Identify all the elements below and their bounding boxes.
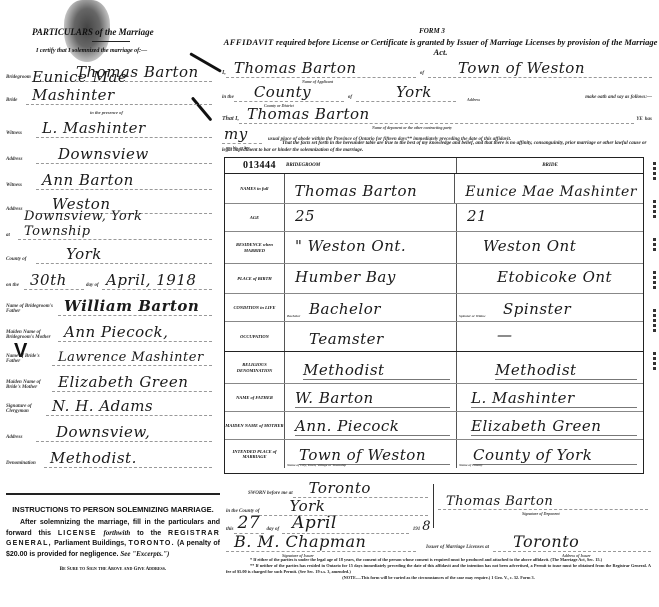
county-name-value: York: [356, 84, 456, 102]
sworn-section: SWORN before me at Toronto in the County…: [222, 478, 659, 558]
month-year-value: April, 1918: [102, 268, 212, 290]
sign-note: Be Sure to Sign the Above and Give Addre…: [6, 566, 220, 572]
deponent-signature: Thomas Barton: [438, 492, 648, 510]
bride-age: 21: [467, 207, 487, 225]
field-date: on the 30th day of April, 1918: [6, 268, 212, 290]
field-denomination: Denomination Methodist.: [6, 446, 212, 468]
table-row: AGE 25 21: [225, 204, 643, 232]
field-clergyman: Signature of Clergyman N. H. Adams: [6, 394, 212, 416]
groom-mother: Ann. Piecock: [295, 417, 450, 436]
table-row: RESIDENCE when MARRIED " Weston Ont. Wes…: [225, 232, 643, 264]
county-type-value: County: [234, 84, 344, 102]
field-groom-mother: Maiden Name of Bridegroom's Mother Ann P…: [6, 320, 212, 342]
county-value: York: [36, 242, 212, 264]
groom-occupation: Teamster: [309, 330, 384, 348]
instructions-body: After solemnizing the marriage, fill in …: [6, 518, 220, 560]
table-row: RELIGIOUS DENOMINATION Methodist Methodi…: [225, 352, 643, 384]
table-row: INTENDED PLACE of MARRIAGE Name of City,…: [225, 440, 643, 468]
bride-value: Eunice Mae Mashinter: [26, 83, 212, 105]
groom-birthplace: Humber Bay: [295, 268, 396, 286]
place-value: Downsview, York Township: [18, 218, 212, 240]
table-row: OCCUPATION Teamster —: [225, 322, 643, 352]
deponent-name: Thomas Barton: [239, 106, 634, 124]
bride-father-value: Lawrence Mashinter: [52, 344, 212, 366]
bride-condition: Spinster: [503, 300, 571, 318]
serial-number: 013444: [243, 160, 276, 171]
day-value: 30th: [24, 268, 84, 290]
field-witness-1: Witness L. Mashinter: [6, 116, 212, 138]
bride-residence: Weston Ont: [483, 237, 576, 255]
footnotes: * If either of the parties is under the …: [226, 557, 651, 581]
title-rule: [92, 41, 130, 42]
groom-father: W. Barton: [295, 389, 450, 408]
groom-mother-value: Ann Piecock,: [58, 320, 212, 342]
groom-residence: " Weston Ont.: [295, 237, 406, 255]
col-bride: BRIDE: [457, 158, 643, 173]
deponent-line: That I, Thomas Barton YE has: [222, 106, 652, 124]
field-at-place: at Downsview, York Township: [6, 218, 212, 240]
field-address-1: Address Downsview: [6, 142, 212, 164]
divider: [6, 493, 220, 495]
table-row: CONDITION in LIFE BachelorBachelor Spins…: [225, 294, 643, 322]
bride-occupation: —: [497, 326, 513, 344]
field-clergy-address: Address Downsview,: [6, 420, 212, 442]
clergyman-value: N. H. Adams: [46, 394, 212, 416]
brace: [430, 484, 434, 528]
field-bride: Bride Eunice Mae Mashinter: [6, 83, 212, 105]
applicant-town: Town of Weston: [428, 58, 652, 78]
footnote-note: (NOTE.—This form will be varied as the c…: [226, 575, 651, 581]
particulars-table: 013444 BRIDEGROOM BRIDE NAMES in full Th…: [224, 157, 644, 474]
in-presence-text: in the presence of: [90, 110, 123, 115]
table-row: MAIDEN NAME of MOTHER Ann. Piecock Eliza…: [225, 412, 643, 440]
field-bride-father: Name of Bride's Father Lawrence Mashinte…: [6, 344, 212, 366]
form-number: FORM 3: [222, 27, 642, 35]
table-header: 013444 BRIDEGROOM BRIDE: [225, 158, 643, 174]
bride-mother: Elizabeth Green: [471, 417, 637, 436]
bride-father: L. Mashinter: [471, 389, 637, 408]
sworn-place: Toronto: [293, 482, 428, 498]
table-row: NAMES in full Thomas Barton Eunice Mae M…: [225, 174, 643, 204]
footnote-2: ** If neither of the parties has resided…: [226, 563, 651, 575]
bride-religion: Methodist: [495, 361, 637, 380]
field-bride-mother: Maiden Name of Bride's Mother Elizabeth …: [6, 370, 212, 392]
bride-mother-value: Elizabeth Green: [52, 370, 212, 392]
instructions-heading: INSTRUCTIONS TO PERSON SOLEMNIZING MARRI…: [6, 505, 220, 514]
field-witness-2: Witness Ann Barton: [6, 168, 212, 190]
witness-2-value: Ann Barton: [36, 168, 212, 190]
field-groom-father: Name of Bridegroom's Father William Bart…: [6, 294, 212, 316]
table-row: NAME of FATHER W. Barton L. Mashinter: [225, 384, 643, 412]
field-county: County of York: [6, 242, 212, 264]
groom-father-value: William Barton: [58, 294, 212, 316]
particulars-title: PARTICULARS of the Marriage: [32, 27, 202, 37]
bride-marriage-place: County of York: [473, 446, 637, 465]
clergy-address-value: Downsview,: [36, 420, 212, 442]
denomination-value: Methodist.: [44, 446, 212, 468]
affidavit-title: AFFIDAVIT required before License or Cer…: [222, 37, 659, 57]
sworn-county: York: [259, 500, 428, 516]
issuer-address: Toronto: [493, 534, 651, 552]
witness-1-value: L. Mashinter: [36, 116, 212, 138]
cropped-adjacent-text: [651, 160, 659, 480]
groom-religion: Methodist: [303, 361, 450, 380]
facts-paragraph: That the facts set forth in the hereunde…: [222, 140, 652, 154]
applicant-line: I, Thomas Barton of Town of Weston: [222, 58, 652, 78]
address-1-value: Downsview: [36, 142, 212, 164]
groom-names: Thomas Barton: [295, 182, 418, 200]
bride-names: Eunice Mae Mashinter: [465, 184, 637, 200]
applicant-name: Thomas Barton: [226, 58, 416, 78]
county-line: in the County of York make oath and say …: [222, 84, 652, 102]
issuer-signature: B. M. Chapman: [226, 534, 416, 552]
col-bridegroom: BRIDEGROOM: [286, 163, 320, 168]
particulars-panel: PARTICULARS of the Marriage I certify th…: [0, 0, 218, 607]
groom-condition: Bachelor: [309, 300, 381, 318]
table-row: PLACE of BIRTH Humber Bay Etobicoke Ont: [225, 264, 643, 294]
groom-age: 25: [295, 207, 315, 225]
certify-text: I certify that I solemnized the marriage…: [36, 48, 147, 54]
bride-birthplace: Etobicoke Ont: [497, 268, 612, 286]
affidavit-panel: FORM 3 AFFIDAVIT required before License…: [222, 0, 659, 607]
instructions-box: INSTRUCTIONS TO PERSON SOLEMNIZING MARRI…: [6, 493, 220, 572]
